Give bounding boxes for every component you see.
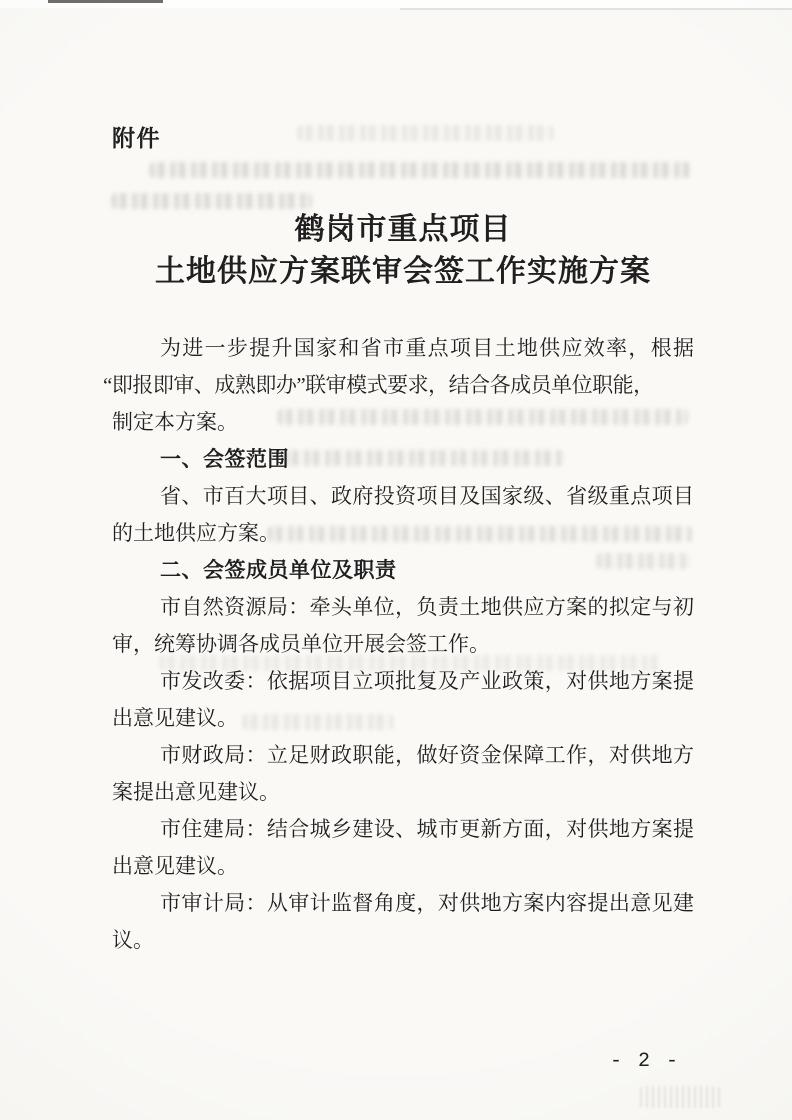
bleed-through-artifact: [150, 162, 690, 178]
bleed-through-artifact: [640, 1086, 720, 1108]
scan-edge-artifact: [400, 8, 792, 10]
body-text-line: 省、市百大项目、政府投资项目及国家级、省级重点项目: [112, 478, 694, 515]
heading-signing-members: 二、会签成员单位及职责: [112, 552, 694, 589]
body-text-line: 市发改委：依据项目立项批复及产业政策，对供地方案提: [112, 663, 694, 700]
body-text-line: 出意见建议。: [112, 700, 694, 737]
body-text-line: 制定本方案。: [112, 404, 694, 441]
body-text-line: 出意见建议。: [112, 848, 694, 885]
body-text-line: 案提出意见建议。: [112, 774, 694, 811]
body-text-line: 的土地供应方案。: [112, 515, 694, 552]
attachment-label: 附件: [112, 120, 161, 153]
body-text-line: 审，统筹协调各成员单位开展会签工作。: [112, 626, 694, 663]
body-text-line: 为进一步提升国家和省市重点项目土地供应效率，根据: [112, 330, 694, 367]
body-text-line: 市审计局：从审计监督角度，对供地方案内容提出意见建: [112, 885, 694, 922]
body-text-line: 市财政局：立足财政职能，做好资金保障工作，对供地方: [112, 737, 694, 774]
body-text-line: 市住建局：结合城乡建设、城市更新方面，对供地方案提: [112, 811, 694, 848]
document-body: 为进一步提升国家和省市重点项目土地供应效率，根据 “即报即审、成熟即办”联审模式…: [112, 330, 694, 959]
bleed-through-artifact: [298, 125, 553, 141]
scan-edge-artifact: [48, 0, 163, 3]
document-title: 鹤岗市重点项目 土地供应方案联审会签工作实施方案: [107, 209, 699, 293]
document-page: 附件 鹤岗市重点项目 土地供应方案联审会签工作实施方案 为进一步提升国家和省市重…: [0, 0, 792, 1120]
page-number: - 2 -: [610, 1050, 680, 1073]
body-text-line: 议。: [112, 922, 694, 959]
bleed-through-artifact: [112, 193, 312, 209]
document-title-line-2: 土地供应方案联审会签工作实施方案: [107, 251, 699, 293]
body-text-line: “即报即审、成熟即办”联审模式要求，结合各成员单位职能，: [103, 367, 695, 404]
document-title-line-1: 鹤岗市重点项目: [107, 209, 699, 251]
heading-signing-scope: 一、会签范围: [112, 441, 694, 478]
body-text-line: 市自然资源局：牵头单位，负责土地供应方案的拟定与初: [112, 589, 694, 626]
